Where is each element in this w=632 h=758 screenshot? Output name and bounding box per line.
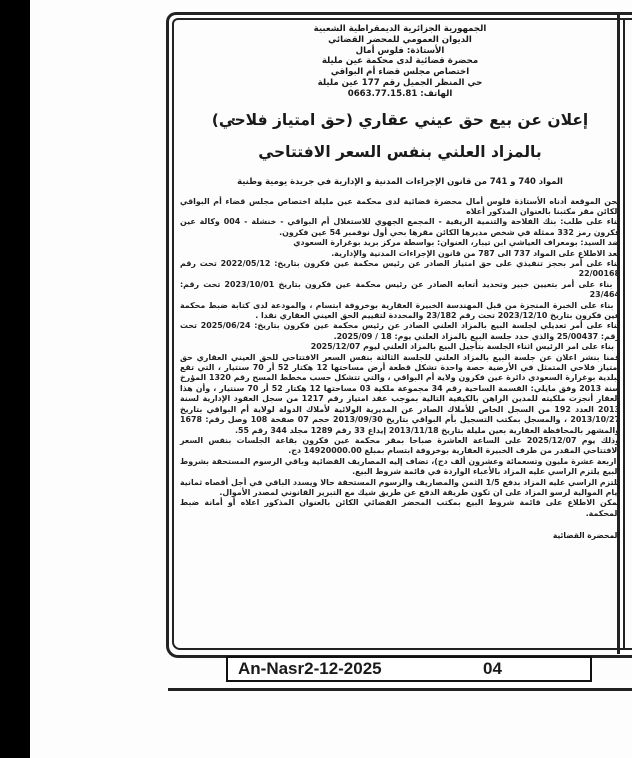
page-number: 04 [483,658,502,680]
paragraph-requester: بناء على طلب: بنك الفلاحة والتنمية الريف… [180,217,620,238]
notice-title-line2: بالمزاد العلني بنفس السعر الافتتاحي [180,142,620,162]
paragraph-amendment-order: بناء على أمر تعديلي لجلسة البيع بالمزاد … [180,321,620,342]
paragraph-defendant: ضد السيد: بومعراف العياشي ابن تيبار، الع… [180,238,620,248]
legal-articles-reference: المواد 740 و 741 من قانون الإجراءات المد… [180,176,620,187]
paragraph-intro: نحن الموقعة أدناه الأستاذة فلوس أمال محض… [180,197,620,218]
paragraph-expertise: - بناء على الخبرة المنجزة من قبل المهندس… [180,301,620,322]
legal-notice: الجمهورية الجزائرية الديمقراطية الشعبية … [180,24,620,644]
notice-frame-right-border-inner [623,18,625,648]
header-line-phone: الهاتف: 0663.77.15.81 [180,89,620,100]
notice-body: نحن الموقعة أدناه الأستاذة فلوس أمال محض… [180,197,620,520]
paragraph-price-words: (اربعة عشرة مليون وتسعمائة وعشرون ألف دج… [180,457,620,478]
paragraph-expert-order: - بناء على أمر بتعيين خبير وتحديد أتعابه… [180,280,620,301]
header-line-jurisdiction: اختصاص مجلس قضاء أم البواقي [180,67,620,78]
paragraph-postponement: - بناء على امر الرئيس اثناء الجلسة بتأجي… [180,342,620,352]
signature: المحضرة القضائية [180,531,620,540]
paragraph-legal-basis: بعد الاطلاع على المواد 737 الى 787 من قا… [180,249,620,259]
paragraph-consultation: يمكن الاطلاع على قائمة شروط البيع بمكتب … [180,498,620,519]
publication-date: An-Nasr2-12-2025 [238,658,382,680]
paragraph-seizure-order: بناء على أمر بحجز تنفيذي على حق امتياز ا… [180,259,620,280]
header-line-bailiff-name: الأستاذة: فلوس أمال [180,46,620,57]
notice-title: إعلان عن بيع حق عيني عقاري (حق امتياز فل… [180,110,620,130]
paragraph-property-description: قمنا بنشر اعلان عن جلسة البيع بالمزاد ال… [180,353,620,436]
header-line-address: حي المنظر الجميل رقم 177 عين مليلة [180,78,620,89]
header-line-court: محضرة قضائية لدى محكمة عين مليلة [180,56,620,67]
paragraph-payment-terms: يلتزم الراسي عليه المزاد بدفع 1/5 الثمن … [180,478,620,499]
header-line-republic: الجمهورية الجزائرية الديمقراطية الشعبية [180,24,620,35]
newspaper-footer: An-Nasr2-12-2025 04 [226,656,592,682]
header-line-office: الديوان العمومي للمحضر القضائي [180,35,620,46]
notice-header: الجمهورية الجزائرية الديمقراطية الشعبية … [180,24,620,100]
scan-black-edge [0,0,30,758]
paragraph-auction-date-price: وذلك يوم 2025/12/07 على الساعة العاشرة ص… [180,436,620,457]
footer-rule [168,688,632,691]
